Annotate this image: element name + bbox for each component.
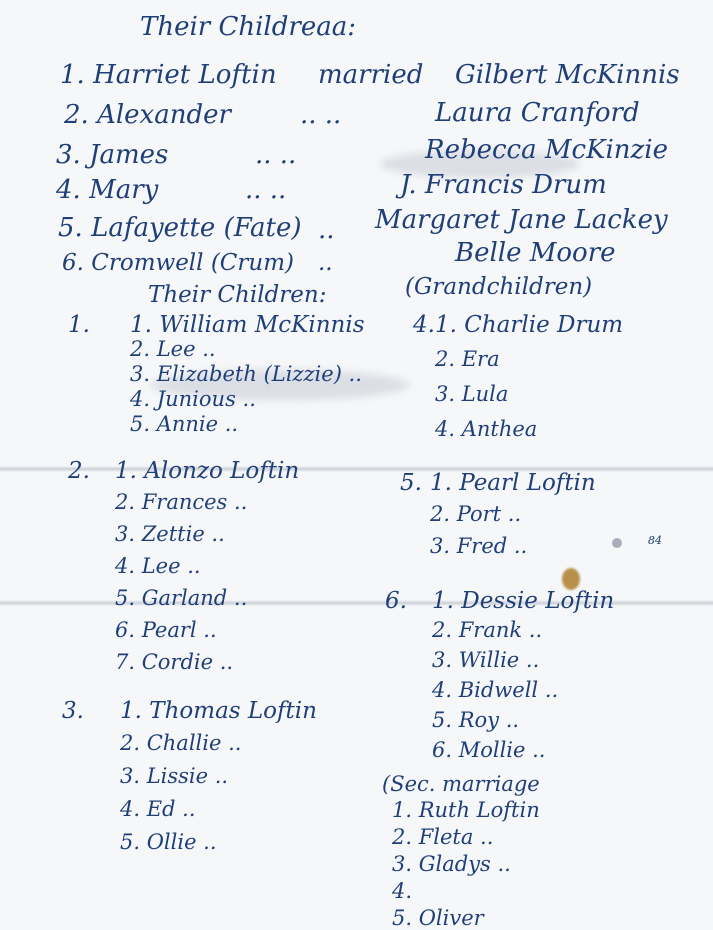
second-marriage-entry: 3. Gladys ..: [392, 852, 511, 876]
group-number: 1.: [68, 312, 90, 338]
page-title: Their Childreaa:: [140, 12, 356, 42]
margin-note: 84: [648, 534, 662, 547]
grandchild-entry: 3. Lula: [435, 382, 508, 406]
grandchild-entry: 5. Ollie ..: [120, 830, 217, 854]
grandchild-entry: 4. Anthea: [435, 417, 537, 441]
grandchild-entry: 2. Frank ..: [432, 618, 542, 642]
child-line: 3. James: [56, 140, 168, 170]
grandchild-entry: 4. Lee ..: [115, 554, 201, 578]
grandchild-entry: 1. William McKinnis: [130, 312, 365, 338]
group-number: 4.: [413, 312, 435, 338]
fold-line: [0, 466, 713, 472]
grandchild-entry: 1. Pearl Loftin: [430, 470, 596, 496]
group-number: 2.: [68, 458, 90, 484]
child-line: 4. Mary: [56, 175, 158, 205]
grandchild-entry: 1. Dessie Loftin: [432, 588, 614, 614]
child-line: 6. Cromwell (Crum): [62, 250, 294, 276]
grandchild-entry: 2. Port ..: [430, 502, 521, 526]
stain: [562, 568, 580, 590]
second-marriage-entry: 2. Fleta ..: [392, 825, 493, 849]
spouse-name: Rebecca McKinzie: [425, 135, 668, 165]
ditto-mark: ..: [318, 215, 335, 245]
grandchild-entry: 4. Junious ..: [130, 387, 256, 411]
grandchild-entry: 3. Elizabeth (Lizzie) ..: [130, 362, 362, 386]
grandchild-entry: 7. Cordie ..: [115, 650, 233, 674]
section-heading: Their Children:: [148, 282, 326, 308]
spot: [612, 538, 622, 548]
second-marriage-entry: 5. Oliver: [392, 906, 484, 930]
grandchild-entry: 6. Mollie ..: [432, 738, 545, 762]
spouse-name: Gilbert McKinnis: [455, 60, 680, 90]
spouse-name: Belle Moore: [455, 238, 616, 268]
grandchild-entry: 5. Annie ..: [130, 412, 238, 436]
grandchild-entry: 6. Pearl ..: [115, 618, 217, 642]
grandchild-entry: 3. Lissie ..: [120, 764, 228, 788]
grandchild-entry: 5. Roy ..: [432, 708, 519, 732]
group-number: 3.: [62, 698, 84, 724]
second-marriage-entry: 1. Ruth Loftin: [392, 798, 540, 822]
child-line: 1. Harriet Loftin: [60, 60, 277, 90]
grandchild-entry: 1. Thomas Loftin: [120, 698, 317, 724]
grandchild-entry: 5. Garland ..: [115, 586, 247, 610]
second-marriage-label: (Sec. marriage: [382, 772, 540, 796]
grandchild-entry: 4. Bidwell ..: [432, 678, 558, 702]
grandchild-entry: 2. Lee ..: [130, 337, 216, 361]
spouse-name: Laura Cranford: [435, 98, 640, 128]
spouse-name: J. Francis Drum: [400, 170, 607, 200]
grandchild-entry: 3. Fred ..: [430, 534, 527, 558]
ditto-mark: ..: [318, 250, 333, 276]
grandchild-entry: 3. Zettie ..: [115, 522, 225, 546]
grandchild-entry: 2. Challie ..: [120, 731, 241, 755]
second-marriage-entry: 4.: [392, 879, 412, 903]
ditto-mark: .. ..: [255, 140, 296, 170]
grandchild-entry: 1. Charlie Drum: [435, 312, 623, 338]
group-number: 6.: [385, 588, 407, 614]
child-line: 2. Alexander: [64, 100, 231, 130]
married-mark: married: [318, 60, 423, 90]
child-line: 5. Lafayette (Fate): [58, 213, 301, 243]
group-number: 5.: [400, 470, 422, 496]
grandchild-entry: 2. Era: [435, 347, 500, 371]
grandchildren-label: (Grandchildren): [405, 274, 592, 300]
grandchild-entry: 3. Willie ..: [432, 648, 539, 672]
grandchild-entry: 2. Frances ..: [115, 490, 247, 514]
ditto-mark: .. ..: [245, 175, 286, 205]
ditto-mark: .. ..: [300, 100, 341, 130]
spouse-name: Margaret Jane Lackey: [375, 205, 668, 235]
grandchild-entry: 1. Alonzo Loftin: [115, 458, 299, 484]
grandchild-entry: 4. Ed ..: [120, 797, 196, 821]
